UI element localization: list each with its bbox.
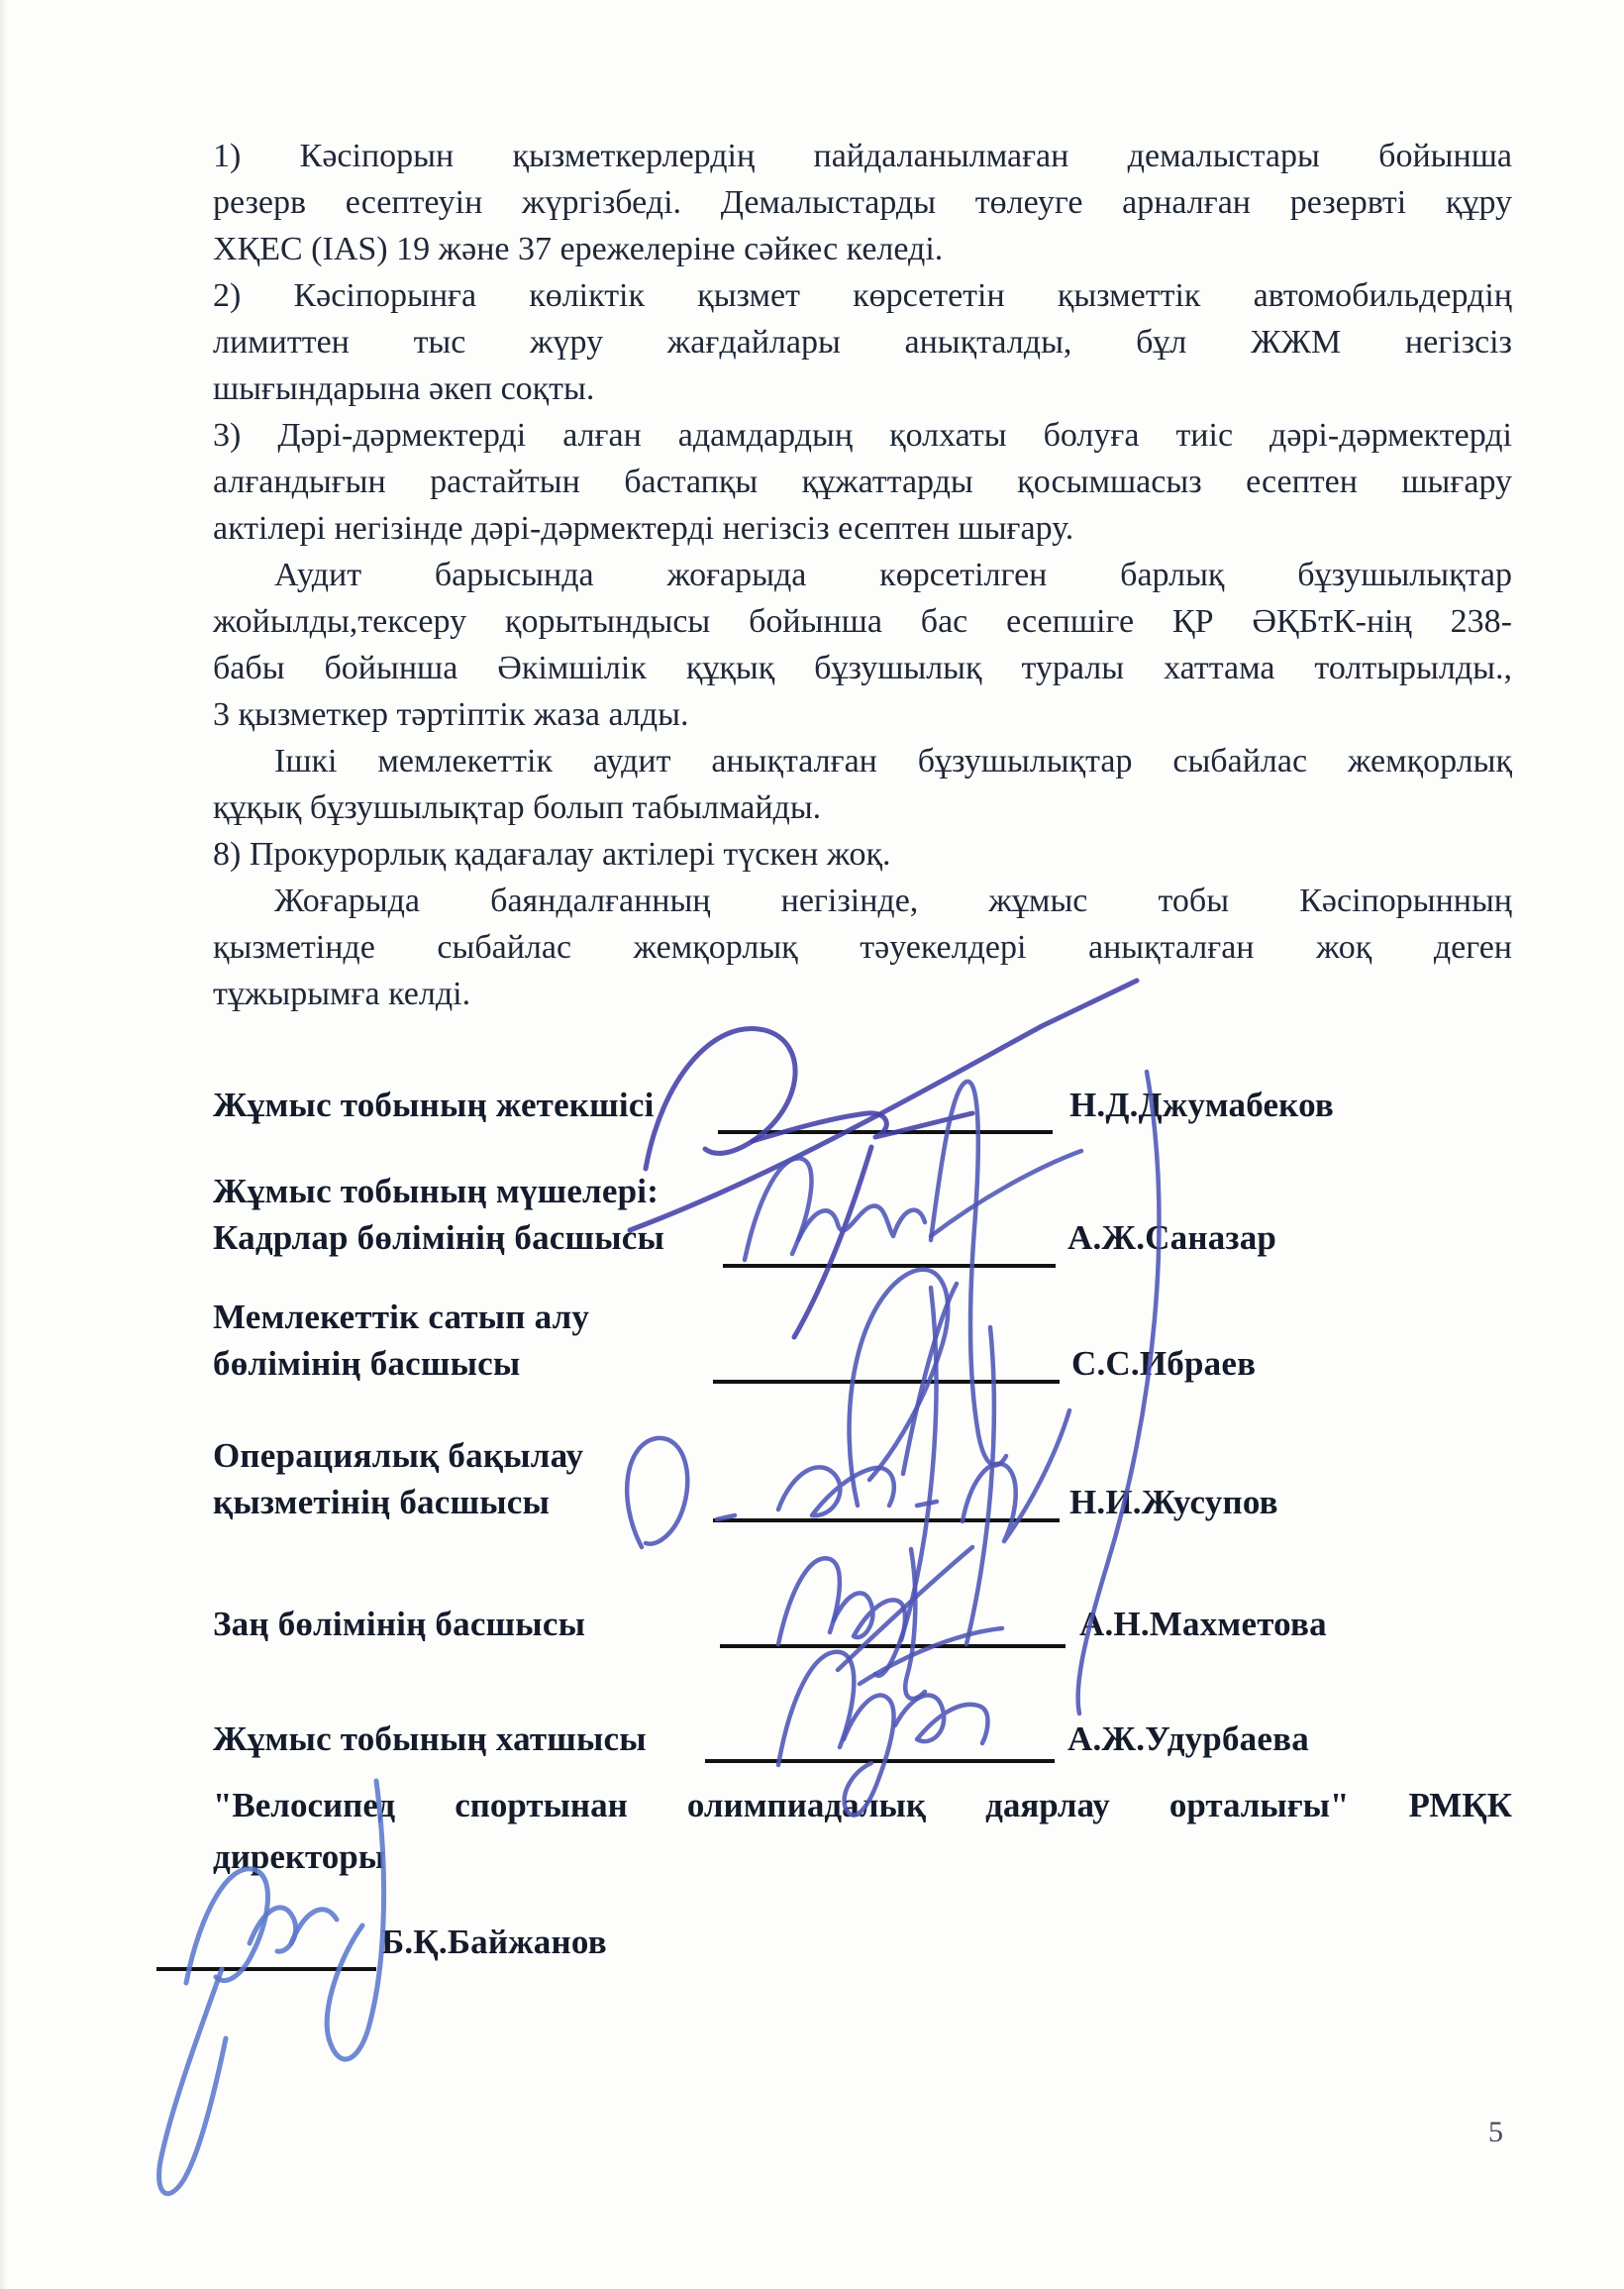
body-line: 1) Кәсіпорын қызметкерлердің пайдаланылм…	[213, 133, 1512, 179]
signature-row-label: бөлімінің басшысы	[213, 1344, 520, 1384]
signature-makhmetova	[778, 1547, 972, 1699]
signature-line	[718, 1130, 1053, 1134]
signature-line	[713, 1518, 1060, 1522]
body-line: 3 қызметкер тәртіптік жаза алды.	[213, 691, 1512, 738]
body-line: Жоғарыда баяндалғанның негізінде, жұмыс …	[213, 878, 1512, 924]
signature-sanazar	[745, 1082, 1081, 1466]
signature-row-label: Жұмыс тобының жетекшісі	[213, 1086, 655, 1125]
body-line: қызметінде сыбайлас жемқорлық тәуекелдер…	[213, 924, 1512, 971]
signature-row-label: Заң бөлімінің басшысы	[213, 1605, 585, 1644]
body-line: 3) Дәрі-дәрмектерді алған адамдардың қол…	[213, 412, 1512, 459]
signatory-name: Н.И.Жусупов	[1069, 1483, 1278, 1522]
signatory-name: Б.Қ.Байжанов	[381, 1923, 607, 1962]
signatory-name: С.С.Ибраев	[1071, 1344, 1256, 1384]
page-number: 5	[1488, 2116, 1503, 2149]
signatory-name: А.Ж.Удурбаева	[1067, 1719, 1309, 1759]
body-line: актілері негізінде дәрі-дәрмектерді негі…	[213, 505, 1512, 552]
signatory-name: А.Н.Махметова	[1079, 1605, 1327, 1644]
body-line: 2) Кәсіпорынға көліктік қызмет көрсететі…	[213, 272, 1512, 319]
body-line: алғандығын растайтын бастапқы құжаттарды…	[213, 459, 1512, 505]
signatory-name: Н.Д.Джумабеков	[1069, 1086, 1334, 1125]
report-body: 1) Кәсіпорын қызметкерлердің пайдаланылм…	[213, 133, 1512, 1017]
signature-line	[705, 1759, 1055, 1763]
signatory-name: А.Ж.Саназар	[1067, 1218, 1276, 1258]
signature-row-label: Операциялық бақылау	[213, 1436, 583, 1476]
signature-line	[720, 1644, 1066, 1648]
body-line: құқық бұзушылықтар болып табылмайды.	[213, 784, 1512, 831]
body-line: тұжырымға келді.	[213, 971, 1512, 1017]
scanned-document-page: 1) Кәсіпорын қызметкерлердің пайдаланылм…	[0, 0, 1624, 2289]
signature-line	[723, 1264, 1056, 1268]
signature-line	[713, 1380, 1060, 1384]
signature-row-label: Мемлекеттік сатып алу	[213, 1298, 589, 1337]
signature-row-label: қызметінің басшысы	[213, 1483, 550, 1522]
body-line: 8) Прокурорлық қадағалау актілері түскен…	[213, 831, 1512, 878]
body-line: Аудит барысында жоғарыда көрсетілген бар…	[213, 552, 1512, 598]
body-line: шығындарына әкеп соқты.	[213, 365, 1512, 412]
body-line: ХҚЕС (IAS) 19 және 37 ережелеріне сәйкес…	[213, 226, 1512, 272]
signature-row-label: Жұмыс тобының хатшысы	[213, 1719, 647, 1759]
signature-jumabekov	[630, 981, 1137, 1337]
director-block: "Велосипед спортынан олимпиадалық даярла…	[213, 1780, 1512, 1883]
body-line: Ішкі мемлекеттік аудит анықталған бұзушы…	[213, 738, 1512, 784]
members-heading: Жұмыс тобының мүшелері:	[213, 1172, 659, 1211]
signature-zhusupov	[627, 1410, 1069, 1547]
signature-row-label: Кадрлар бөлімінің басшысы	[213, 1218, 664, 1258]
body-line: жойылды,тексеру қорытындысы бойынша бас …	[213, 598, 1512, 645]
signature-line	[156, 1967, 376, 1971]
director-title: директоры	[213, 1831, 1512, 1883]
body-line: резерв есептеуін жүргізбеді. Демалыстард…	[213, 179, 1512, 226]
body-line: бабы бойынша Әкімшілік құқық бұзушылық т…	[213, 645, 1512, 691]
scan-edge-shadow	[0, 0, 8, 2289]
organization-name: "Велосипед спортынан олимпиадалық даярла…	[213, 1780, 1512, 1831]
body-line: лимиттен тыс жүру жағдайлары анықталды, …	[213, 319, 1512, 365]
